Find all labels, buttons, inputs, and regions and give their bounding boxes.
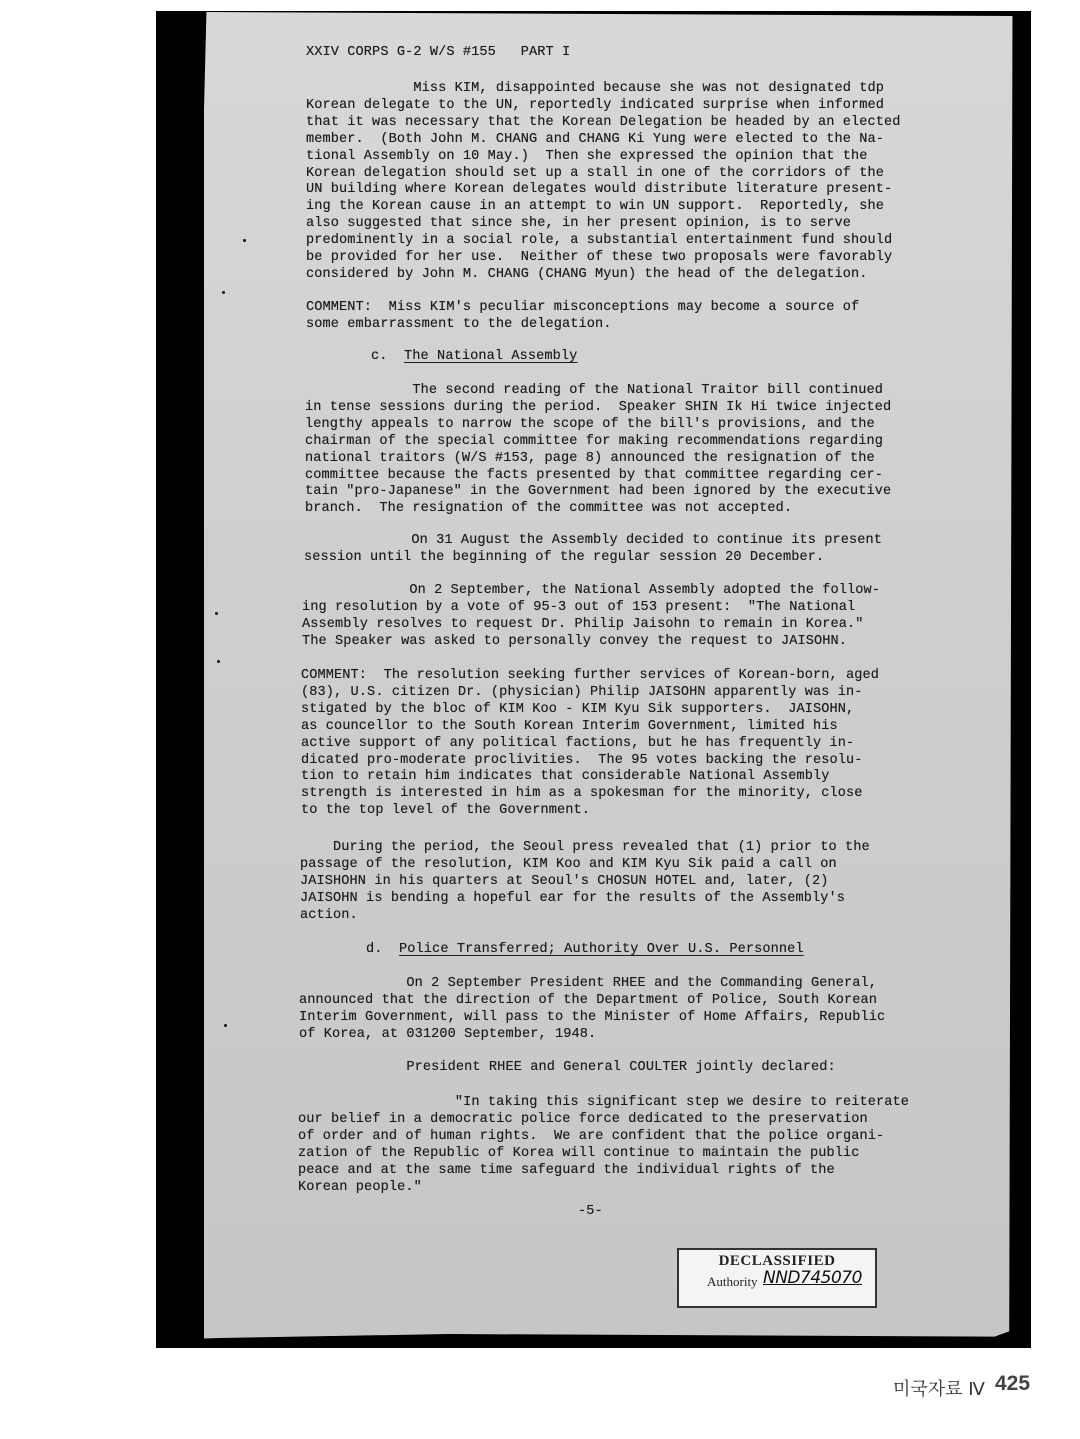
margin-dot [224,1024,227,1027]
text-line: Assembly resolves to request Dr. Philip … [302,617,880,634]
section-marker: d. [366,942,383,957]
text-line: UN building where Korean delegates would… [306,182,901,199]
paragraph-session: On 31 August the Assembly decided to con… [304,533,882,567]
paragraph-joint-declaration: President RHEE and General COULTER joint… [299,1060,836,1077]
text-line: chairman of the special committee for ma… [305,434,891,451]
text-line: announced that the direction of the Depa… [299,993,885,1010]
text-line: zation of the Republic of Korea will con… [298,1146,909,1163]
paragraph-police-transfer: On 2 September President RHEE and the Co… [299,976,885,1044]
section-title: The National Assembly [404,349,577,364]
text-line: During the period, the Seoul press revea… [300,840,870,857]
text-line: in tense sessions during the period. Spe… [305,400,891,417]
text-line: ing the Korean cause in an attempt to wi… [306,199,901,216]
text-line: The second reading of the National Trait… [305,383,891,400]
text-line: committee because the facts presented by… [305,468,891,485]
text-line: On 31 August the Assembly decided to con… [304,533,882,550]
text-line: action. [300,908,870,925]
text-line: tion to retain him indicates that consid… [301,769,879,786]
text-line: considered by John M. CHANG (CHANG Myun)… [306,267,901,284]
text-line: national traitors (W/S #153, page 8) ann… [305,451,891,468]
declassified-stamp: DECLASSIFIED Authority NND745070 [677,1248,877,1308]
text-line: our belief in a democratic police force … [298,1112,909,1129]
paragraph-miss-kim: Miss KIM, disappointed because she was n… [306,81,901,284]
text-line: JAISHOHN in his quarters at Seoul's CHOS… [300,874,870,891]
text-line: stigated by the bloc of KIM Koo - KIM Ky… [301,702,879,719]
text-line: The Speaker was asked to personally conv… [302,634,880,651]
margin-dot [222,291,225,294]
section-c-heading: c. The National Assembly [371,349,577,366]
section-d-heading: d. Police Transferred; Authority Over U.… [366,942,804,959]
text-line: to the top level of the Government. [301,803,879,820]
margin-dot [217,660,220,663]
text-line: also suggested that since she, in her pr… [306,216,901,233]
text-line: On 2 September President RHEE and the Co… [299,976,885,993]
text-line: some embarrassment to the delegation. [306,317,859,334]
text-line: Miss KIM, disappointed because she was n… [306,81,901,98]
section-marker: c. [371,349,388,364]
text-line: member. (Both John M. CHANG and CHANG Ki… [306,132,901,149]
document-header: XXIV CORPS G-2 W/S #155 PART I [306,45,570,62]
text-line: be provided for her use. Neither of thes… [306,250,901,267]
text-line: that it was necessary that the Korean De… [306,115,901,132]
text-line: Korean delegate to the UN, reportedly in… [306,98,901,115]
text-line: Interim Government, will pass to the Min… [299,1010,885,1027]
text-line: President RHEE and General COULTER joint… [299,1060,836,1077]
book-page-number: 425 [995,1372,1030,1396]
text-line: peace and at the same time safeguard the… [298,1163,909,1180]
text-line: Korean delegation should set up a stall … [306,166,901,183]
stamp-authority-number: NND745070 [763,1268,862,1288]
text-line: ing resolution by a vote of 95-3 out of … [302,600,880,617]
text-line: tain "pro-Japanese" in the Government ha… [305,484,891,501]
text-line: tional Assembly on 10 May.) Then she exp… [306,149,901,166]
text-line: branch. The resignation of the committee… [305,501,891,518]
text-line: COMMENT: The resolution seeking further … [301,668,879,685]
comment-jaisohn: COMMENT: The resolution seeking further … [301,668,879,820]
text-line: of Korea, at 031200 September, 1948. [299,1027,885,1044]
quote-declaration: "In taking this significant step we desi… [298,1095,909,1196]
text-line: as councellor to the South Korean Interi… [301,719,879,736]
paragraph-traitor-bill: The second reading of the National Trait… [305,383,891,518]
text-line: On 2 September, the National Assembly ad… [302,583,880,600]
text-line: COMMENT: Miss KIM's peculiar misconcepti… [306,300,859,317]
text-line: "In taking this significant step we desi… [298,1095,909,1112]
book-footer-label: 미국자료 Ⅳ [893,1375,985,1401]
text-line: of order and of human rights. We are con… [298,1129,909,1146]
margin-dot [215,612,218,615]
comment-miss-kim: COMMENT: Miss KIM's peculiar misconcepti… [306,300,859,334]
text-line: dicated pro-moderate proclivities. The 9… [301,753,879,770]
text-line: strength is interested in him as a spoke… [301,786,879,803]
section-title: Police Transferred; Authority Over U.S. … [399,942,804,957]
text-line: JAISOHN is bending a hopeful ear for the… [300,891,870,908]
text-line: (83), U.S. citizen Dr. (physician) Phili… [301,685,879,702]
document-page-number: -5- [578,1204,603,1221]
paragraph-seoul-press: During the period, the Seoul press revea… [300,840,870,925]
text-line: predominently in a social role, a substa… [306,233,901,250]
text-line: passage of the resolution, KIM Koo and K… [300,857,870,874]
text-line: Korean people." [298,1180,909,1197]
stamp-authority-label: Authority [707,1274,758,1290]
text-line: lengthy appeals to narrow the scope of t… [305,417,891,434]
text-line: active support of any political factions… [301,736,879,753]
margin-dot [243,239,246,242]
paragraph-resolution: On 2 September, the National Assembly ad… [302,583,880,651]
text-line: session until the beginning of the regul… [304,550,882,567]
